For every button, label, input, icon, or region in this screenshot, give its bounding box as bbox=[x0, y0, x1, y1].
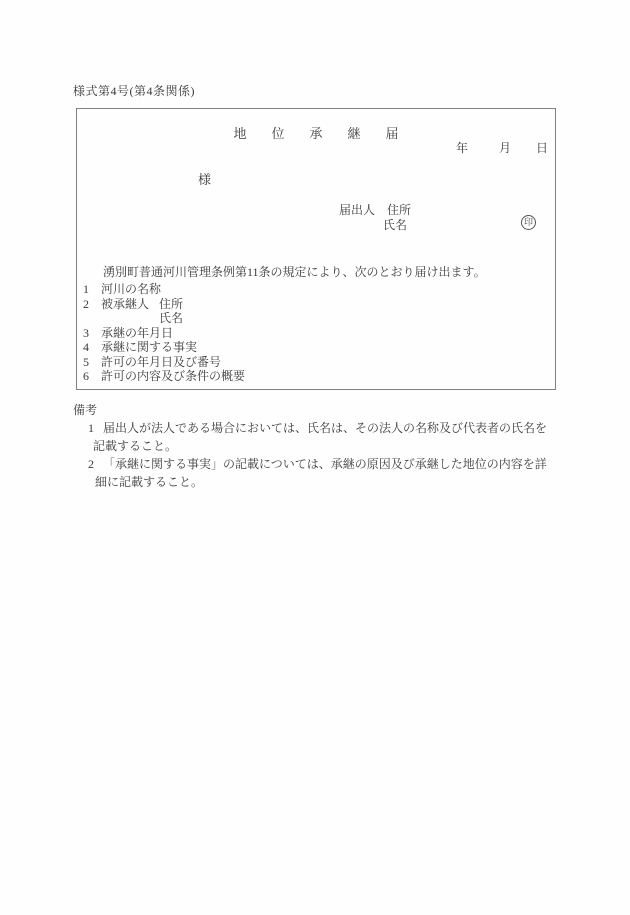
list-item: 2被承継人住所 bbox=[83, 297, 245, 312]
remark-text: 記載すること。 bbox=[93, 439, 177, 453]
date-line: 年 月 日 bbox=[456, 139, 548, 156]
item-text: 河川の名称 bbox=[101, 282, 161, 296]
remark-item: 2「承継に関する事実」の記載については、承継の原因及び承継した地位の内容を詳 bbox=[88, 455, 547, 472]
item-text: 承継に関する事実 bbox=[101, 340, 197, 354]
remark-number: 1 bbox=[88, 421, 94, 435]
remark-item: 1届出人が法人である場合においては、氏名は、その法人の名称及び代表者の氏名を bbox=[88, 419, 547, 436]
day-label: 日 bbox=[536, 141, 548, 155]
item-text: 許可の内容及び条件の概要 bbox=[101, 369, 245, 383]
remark-text: 「承継に関する事実」の記載については、承継の原因及び承継した地位の内容を詳 bbox=[103, 457, 547, 471]
item-text: 許可の年月日及び番号 bbox=[101, 355, 221, 369]
addressee-honorific: 様 bbox=[198, 169, 211, 188]
form-number-label: 様式第4号(第4条関係) bbox=[73, 82, 195, 99]
seal-mark: 印 bbox=[521, 215, 536, 230]
year-label: 年 bbox=[456, 141, 468, 155]
remark-text: 届出人が法人である場合においては、氏名は、その法人の名称及び代表者の氏名を bbox=[103, 421, 547, 435]
remark-text: 細に記載すること。 bbox=[95, 475, 203, 489]
item-number: 4 bbox=[83, 340, 101, 355]
item-number: 2 bbox=[83, 297, 101, 312]
declarant-label: 届出人 bbox=[339, 203, 375, 217]
remark-item-continuation: 記載すること。 bbox=[93, 437, 177, 454]
month-label: 月 bbox=[499, 141, 511, 155]
item-number: 3 bbox=[83, 326, 101, 341]
item-number: 6 bbox=[83, 369, 101, 384]
form-item-list: 1河川の名称 2被承継人住所 氏名 3承継の年月日 4承継に関する事実 5許可の… bbox=[83, 282, 245, 384]
item-text: 承継の年月日 bbox=[101, 326, 173, 340]
item-number: 1 bbox=[83, 282, 101, 297]
remark-item-continuation: 細に記載すること。 bbox=[95, 473, 203, 490]
list-item: 1河川の名称 bbox=[83, 282, 245, 297]
declarant-name-line: 氏名 bbox=[383, 216, 407, 233]
predecessor-name-label: 氏名 bbox=[159, 311, 183, 325]
remarks-label: 備考 bbox=[73, 401, 97, 418]
list-item: 6許可の内容及び条件の概要 bbox=[83, 369, 245, 384]
declarant-name-label: 氏名 bbox=[383, 218, 407, 232]
seal-label: 印 bbox=[524, 217, 533, 227]
intro-text: 湧別町普通河川管理条例第11条の規定により、次のとおり届け出ます。 bbox=[103, 263, 486, 280]
form-box: 地位承継届 年 月 日 様 届出人 住所 氏名 印 湧別町普通河川管理条例第11… bbox=[76, 108, 556, 390]
predecessor-address-label: 住所 bbox=[159, 297, 183, 311]
item-text: 被承継人 bbox=[101, 297, 149, 311]
document-page: 様式第4号(第4条関係) 地位承継届 年 月 日 様 届出人 住所 氏名 印 湧… bbox=[0, 0, 630, 915]
list-item: 5許可の年月日及び番号 bbox=[83, 355, 245, 370]
list-item: 4承継に関する事実 bbox=[83, 340, 245, 355]
list-item-continuation: 氏名 bbox=[83, 311, 245, 326]
item-number: 5 bbox=[83, 355, 101, 370]
declarant-address-label: 住所 bbox=[387, 203, 411, 217]
remark-number: 2 bbox=[88, 457, 94, 471]
list-item: 3承継の年月日 bbox=[83, 326, 245, 341]
